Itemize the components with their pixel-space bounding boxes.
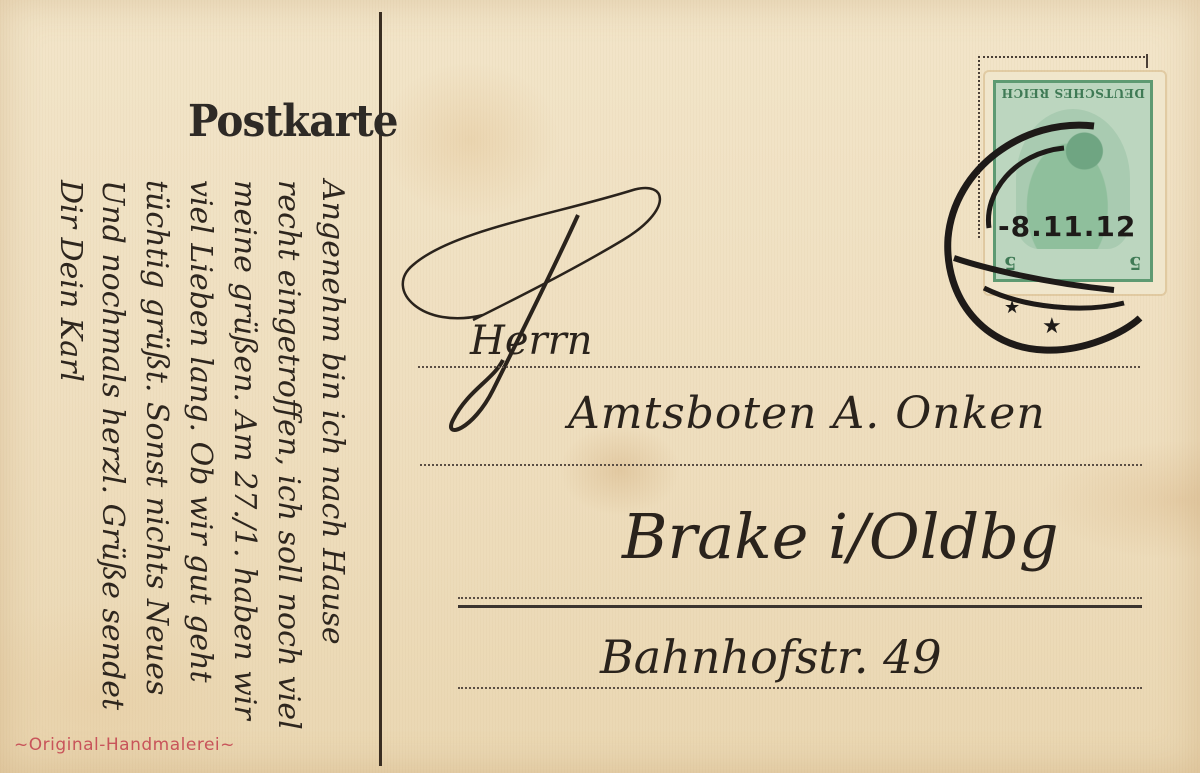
postmark-date: -8.11.12 bbox=[998, 210, 1136, 243]
address-street: Bahnhofstr. 49 bbox=[600, 630, 942, 684]
message-line: Dir Dein Karl bbox=[53, 180, 88, 382]
svg-text:★: ★ bbox=[1004, 297, 1020, 318]
message-line: Und nochmals herzl. Grüße sendet bbox=[95, 180, 130, 710]
address-city: Brake i/Oldbg bbox=[622, 500, 1059, 573]
address-line-dotted bbox=[458, 687, 1142, 689]
postcard-title: Postkarte bbox=[188, 96, 398, 147]
stamp-country: DEUTSCHES REICH bbox=[996, 86, 1150, 100]
address-recipient: Amtsboten A. Onken bbox=[568, 388, 1046, 439]
address-line-dotted bbox=[418, 366, 1140, 368]
address-line-dotted bbox=[420, 464, 1142, 466]
message-line: Angenehm bin ich nach Hause bbox=[315, 180, 350, 645]
message-line: recht eingetroffen, ich soll noch viel bbox=[271, 180, 306, 730]
address-salutation: Herrn bbox=[470, 318, 593, 364]
message-line: tüchtig grüßt. Sonst nichts Neues bbox=[139, 180, 174, 695]
handpainted-caption: ~Original-Handmalerei~ bbox=[14, 735, 235, 755]
address-line-dotted bbox=[458, 597, 1142, 599]
address-line-solid bbox=[458, 605, 1142, 608]
postcard: Postkarte Angenehm bin ich nach Hause re… bbox=[0, 0, 1200, 773]
message-line: meine grüßen. Am 27./1. haben wir bbox=[227, 180, 262, 720]
message-line: viel Lieben lang. Ob wir gut geht bbox=[183, 180, 218, 683]
svg-text:★: ★ bbox=[1042, 314, 1062, 339]
